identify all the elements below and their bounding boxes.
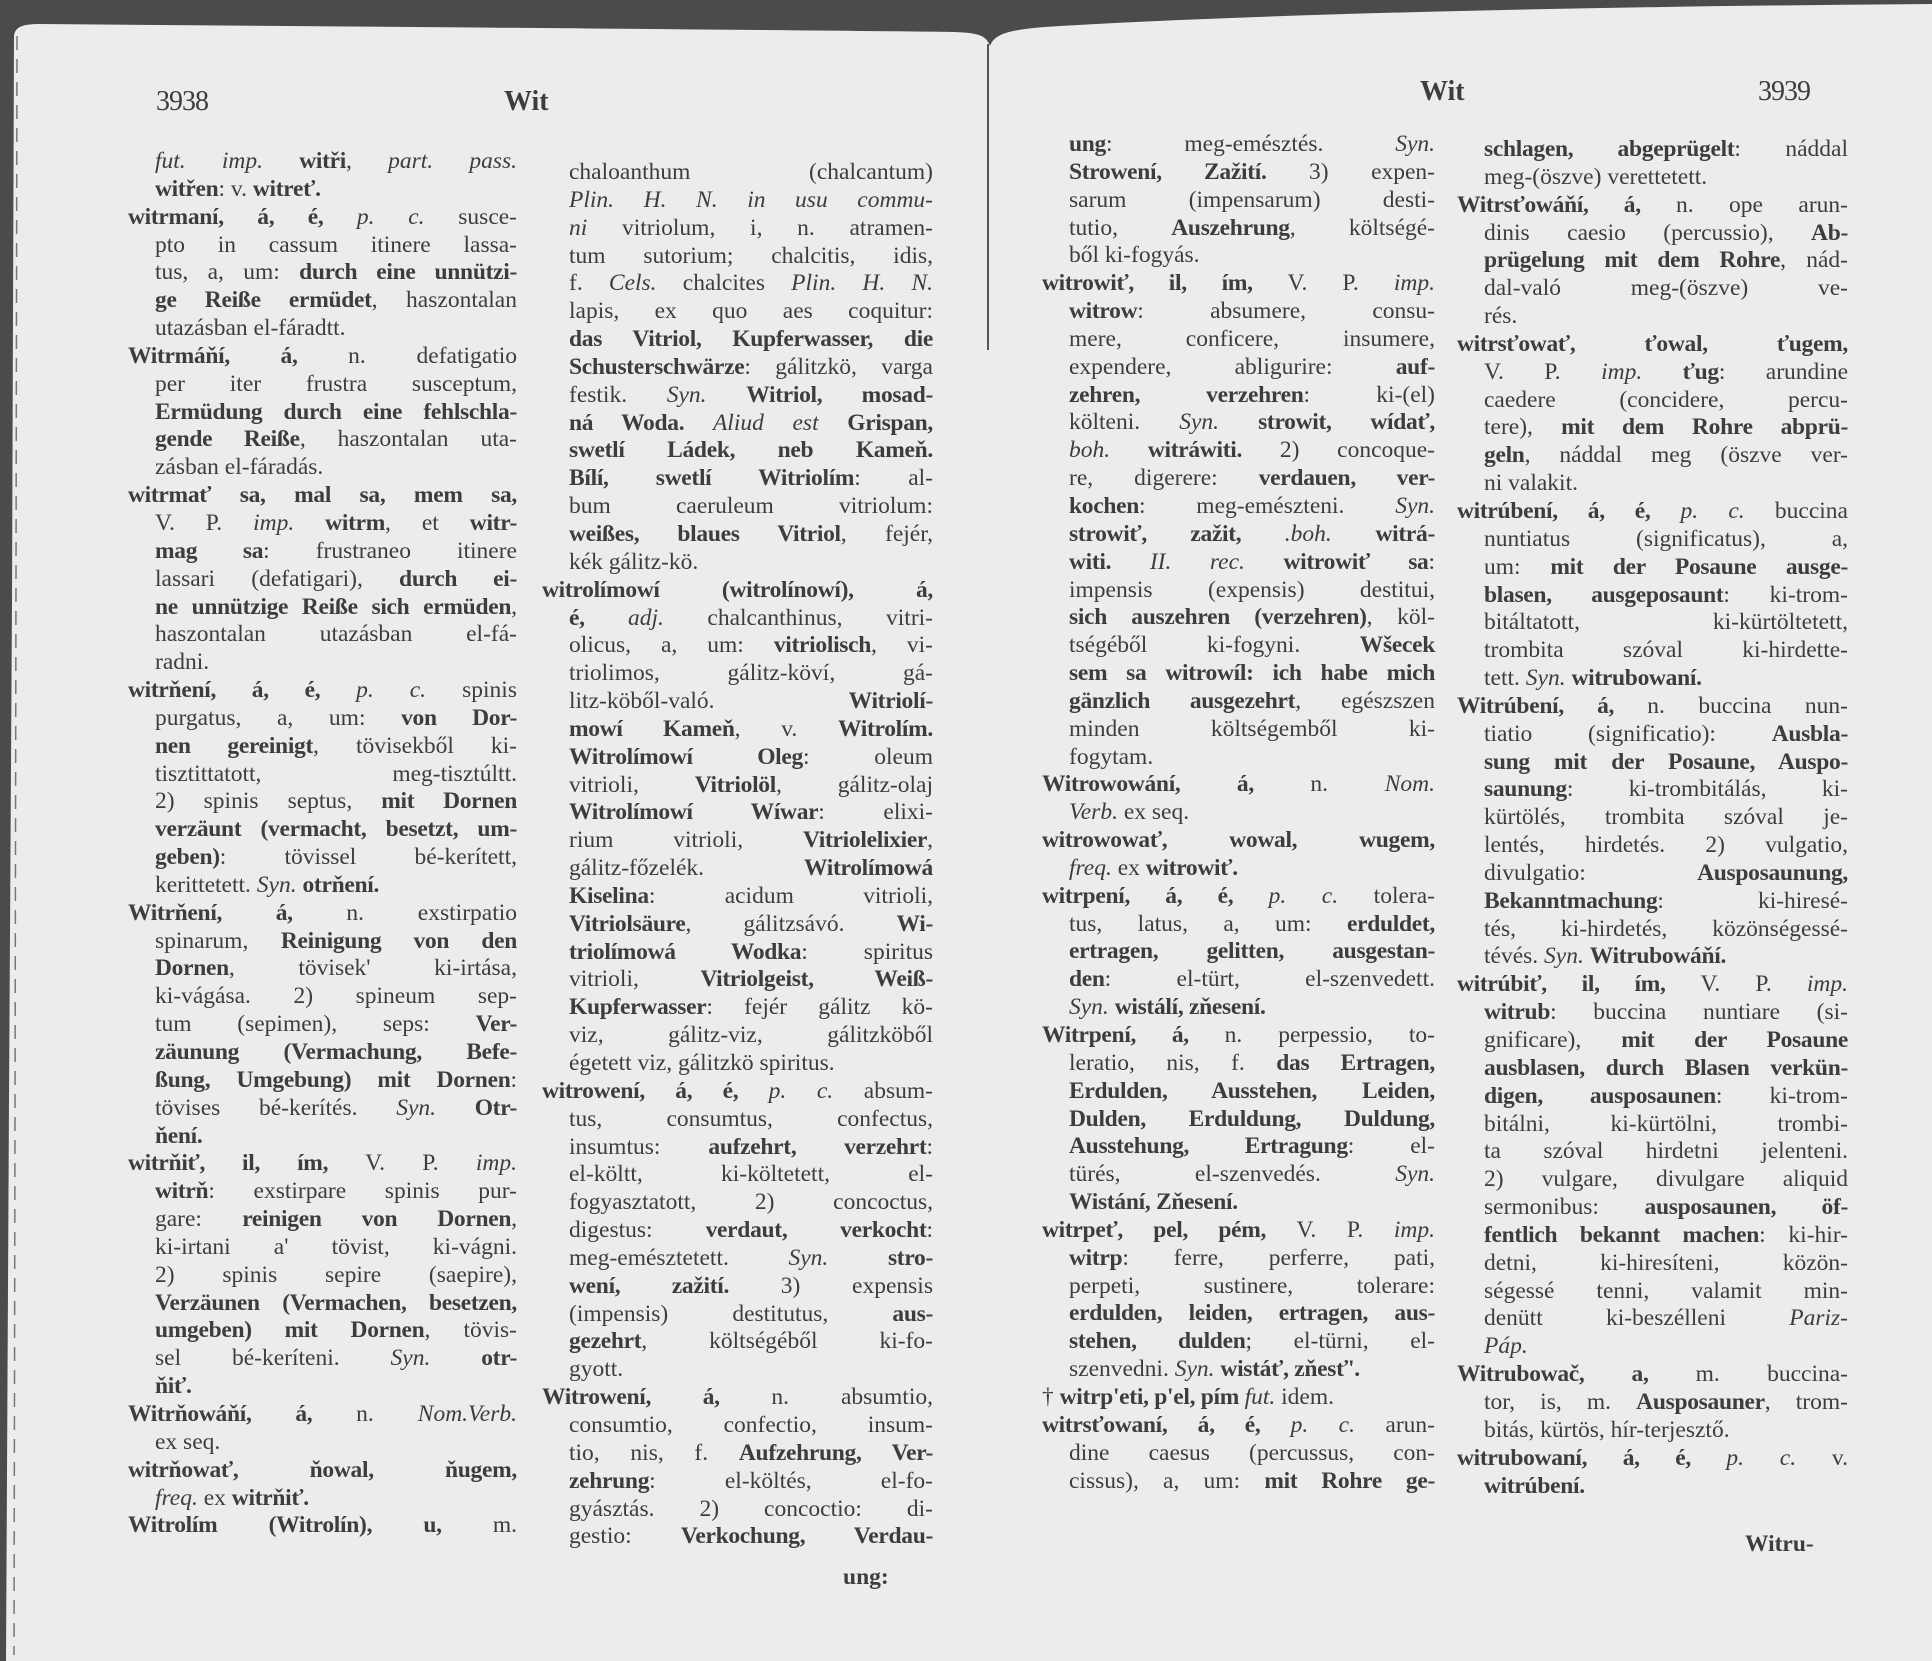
text-italic: freq. (1069, 855, 1112, 881)
text-italic: imp. (1394, 270, 1435, 296)
text-roman: sarum (impensarum) desti- (1069, 187, 1435, 213)
text-roman: n. perpessio, to- (1225, 1022, 1435, 1048)
text-roman: : absumere, consu- (1137, 298, 1435, 324)
entry-line: schlagen, abgeprügelt: náddal (1457, 136, 1848, 164)
text-italic: Syn. (1175, 1356, 1215, 1382)
entry-line: verzäunt (vermacht, besetzt, um- (128, 816, 517, 844)
dictionary-entry: witrmaní, á, é, p. c. susce-pto in cassu… (128, 204, 517, 343)
entry-line: digen, ausposaunen: ki-trom- (1457, 1083, 1848, 1111)
text-italic: Syn. (257, 872, 297, 898)
text-roman: V. P. (1700, 971, 1806, 997)
text-roman: 2) concoque- (1242, 437, 1435, 463)
text-fraktur: witrňení, á, é, (128, 677, 356, 703)
text-roman: bum caeruleum vitriolum: (569, 493, 933, 519)
text-fraktur: mag sa (155, 538, 263, 564)
text-fraktur: ťug (1683, 359, 1719, 385)
entry-line: Vitriolsäure, gálitzsávó. Wi- (542, 911, 933, 939)
entry-line: rés. (1457, 303, 1848, 331)
entry-line: bitálni, ki-kürtölni, trombi- (1457, 1111, 1848, 1139)
text-roman (430, 1345, 481, 1371)
text-italic: Syn. (396, 1095, 436, 1121)
text-fraktur: witrp'eti, p'el, pím (1060, 1384, 1245, 1410)
text-fraktur: witrsťowaní, á, é, (1042, 1412, 1291, 1438)
text-roman: consumtio, confectio, insum- (569, 1412, 933, 1438)
entry-line: tor, is, m. Ausposauner, trom- (1457, 1389, 1848, 1417)
entry-line: mowí Kameň, v. Witrolím. (542, 716, 933, 744)
headword-line: witrňowať, ňowal, ňugem, (128, 1457, 517, 1485)
text-roman (707, 382, 747, 408)
entry-line: kerittetett. Syn. otrňení. (128, 872, 517, 900)
text-fraktur: witrúbiť, il, ím, (1457, 971, 1700, 997)
text-fraktur: ausblasen, durch Blasen verkün- (1484, 1055, 1848, 1081)
entry-line: detni, ki-hiresíteni, közön- (1457, 1250, 1848, 1278)
text-fraktur: sung mit der Posaune, Auspo- (1484, 749, 1848, 775)
text-roman: : v. (218, 176, 252, 202)
entry-line: vitrioli, Vitriolgeist, Weiß- (542, 966, 933, 994)
entry-line: impensis (expensis) destitui, (1042, 577, 1435, 605)
headword-line: witrmaní, á, é, p. c. susce- (128, 204, 517, 232)
text-roman: költeni. (1069, 409, 1179, 435)
entry-line: leratio, nis, f. das Ertragen, (1042, 1050, 1435, 1078)
text-roman: , haszontalan (372, 287, 517, 313)
text-roman: : (926, 1217, 933, 1243)
text-roman: chalcites (657, 270, 792, 296)
text-roman: per iter frustra susceptum, (155, 371, 517, 397)
entry-line: geben): tövissel bé-kerített, (128, 844, 517, 872)
text-roman: : tövissel bé-kerített, (220, 844, 517, 870)
text-fraktur: witrowowať, wowal, wugem, (1042, 827, 1435, 853)
headword-line: witrsťowať, ťowal, ťugem, (1457, 331, 1848, 359)
entry-line: Verb. ex seq. (1042, 799, 1435, 827)
entry-line: fut. imp. witři, part. pass. (128, 148, 517, 176)
text-roman: dal-való meg-(öszve) ve- (1484, 275, 1848, 301)
text-roman: n. buccina nun- (1647, 693, 1848, 719)
entry-line: Kiselina: acidum vitrioli, (542, 883, 933, 911)
text-roman: V. P. (1484, 359, 1601, 385)
text-roman: , (511, 594, 517, 620)
text-roman: ex (198, 1485, 232, 1511)
entry-line: Bílí, swetlí Witriolím: al- (542, 465, 933, 493)
entry-line: ta szóval hirdetni jelenteni. (1457, 1138, 1848, 1166)
text-italic: Cels. (609, 270, 657, 296)
entry-line: spinarum, Reinigung von den (128, 928, 517, 956)
text-fraktur: witrúbení. (1484, 1473, 1585, 1499)
text-italic: Plin. H. N. in usu commu- (569, 187, 933, 213)
text-roman: caedere (concidere, percu- (1484, 387, 1848, 413)
text-italic: Nom.Verb. (418, 1401, 517, 1427)
text-roman: : acidum vitrioli, (649, 883, 933, 909)
text-roman: haszontalan utazásban el-fá- (155, 621, 517, 647)
entry-line: mag sa: frustraneo itinere (128, 538, 517, 566)
text-fraktur: witrňiť. (232, 1485, 309, 1511)
text-roman: litz-köből-való. (569, 688, 849, 714)
headword-line: Witrpení, á, n. perpessio, to- (1042, 1022, 1435, 1050)
text-italic: freq. (155, 1485, 198, 1511)
entry-line: tisztittatott, meg-tisztúltt. (128, 761, 517, 789)
headword-line: witrmať sa, mal sa, mem sa, (128, 482, 517, 510)
entry-line: lassari (defatigari), durch ei- (128, 566, 517, 594)
text-roman: lassari (defatigari), (155, 566, 399, 592)
page-number: 3938 (156, 88, 208, 116)
text-roman: ex seq. (155, 1429, 220, 1455)
entry-line: freq. ex witrňiť. (128, 1485, 517, 1513)
entry-line: chaloanthum (chalcantum) (542, 159, 933, 187)
text-roman: chalcanthinus, vitri- (664, 605, 933, 631)
text-fraktur: otr- (481, 1345, 517, 1371)
text-roman: , tövis- (424, 1317, 517, 1343)
text-roman: , vi- (871, 632, 933, 658)
entry-line: mere, conficere, insumere, (1042, 326, 1435, 354)
text-fraktur: ge Reiße ermüdet (155, 287, 372, 313)
text-italic: Syn. (1069, 994, 1109, 1020)
text-italic: part. pass. (388, 148, 517, 174)
text-roman: sermonibus: (1484, 1194, 1645, 1220)
text-italic: ni (569, 215, 587, 241)
text-roman: minden költségemből ki- (1069, 716, 1435, 742)
text-fraktur: Auszehrung (1171, 215, 1289, 241)
text-fraktur: Vitriolelixier (803, 827, 927, 853)
text-fraktur: Witrpení, á, (1042, 1022, 1225, 1048)
text-fraktur: geben) (155, 844, 220, 870)
text-roman: , nád- (1780, 247, 1848, 273)
dictionary-entry: Witrowowání, á, n. Nom.Verb. ex seq. (1042, 771, 1435, 827)
text-roman: n. absumtio, (771, 1384, 933, 1410)
entry-line: witi. II. rec. witrowiť sa: (1042, 549, 1435, 577)
text-roman: † (1042, 1384, 1060, 1410)
entry-line: tum (sepimen), seps: Ver- (128, 1011, 517, 1039)
text-roman: : el- (1348, 1133, 1435, 1159)
entry-line: weißes, blaues Vitriol, fejér, (542, 521, 933, 549)
entry-line: ex seq. (128, 1429, 517, 1457)
text-roman: bitáltatott, ki-kürtöltetett, (1484, 609, 1848, 635)
text-roman: : ki-hir- (1759, 1222, 1848, 1248)
entry-line: per iter frustra susceptum, (128, 371, 517, 399)
entry-line: ausblasen, durch Blasen verkün- (1457, 1055, 1848, 1083)
text-roman: lapis, ex quo aes coquitur: (569, 298, 933, 324)
text-roman: ből ki-fogyás. (1069, 242, 1200, 268)
text-roman: ta szóval hirdetni jelenteni. (1484, 1138, 1848, 1164)
text-roman: : meg-emészteni. (1139, 493, 1395, 519)
text-italic: Syn. (1395, 131, 1435, 157)
text-roman: , (346, 148, 388, 174)
text-italic: p. c. (1726, 1445, 1796, 1471)
dictionary-entry: witrúbení, á, é, p. c. buccinanuntiatus … (1457, 498, 1848, 693)
entry-line: meg-(öszve) verettetett. (1457, 164, 1848, 192)
entry-line: bitás, kürtös, hír-terjesztő. (1457, 1417, 1848, 1445)
headword-line: witrňení, á, é, p. c. spinis (128, 677, 517, 705)
entry-line: trombita szóval ki-hirdette- (1457, 637, 1848, 665)
text-roman: kürtölés, trombita szóval je- (1484, 804, 1848, 830)
text-roman: , et (385, 510, 470, 536)
text-fraktur: witrp (1069, 1245, 1122, 1271)
entry-line: zásban el-fáradás. (128, 454, 517, 482)
text-fraktur: Ermüdung durch eine fehlschla- (155, 399, 517, 425)
text-fraktur: witrolímowí (witrolínowí), á, (542, 577, 933, 603)
entry-line: witrň: exstirpare spinis pur- (128, 1178, 517, 1206)
entry-line: minden költségemből ki- (1042, 716, 1435, 744)
entry-line: Witrolímowí Oleg: oleum (542, 744, 933, 772)
entry-line: Strowení, Zažití. 3) expen- (1042, 159, 1435, 187)
text-fraktur: digen, ausposaunen (1484, 1083, 1716, 1109)
entry-line: vitrioli, Vitriolöl, gálitz-olaj (542, 772, 933, 800)
text-fraktur: Strowení, Zažití. (1069, 159, 1267, 185)
text-roman: : ki-(el) (1304, 382, 1436, 408)
entry-line: saunung: ki-trombitálás, ki- (1457, 776, 1848, 804)
entry-line: triolimos, gálitz-köví, gá- (542, 660, 933, 688)
text-fraktur: witrúbení, á, é, (1457, 498, 1680, 524)
text-fraktur: Vitriolsäure (569, 911, 686, 937)
entry-line: kék gálitz-kö. (542, 549, 933, 577)
entry-line: olicus, a, um: vitriolisch, vi- (542, 632, 933, 660)
text-fraktur: Dornen (155, 955, 229, 981)
text-roman: , köl- (1367, 604, 1435, 630)
text-fraktur: Ausposaunung, (1697, 860, 1848, 886)
text-roman: n. (1310, 771, 1384, 797)
text-fraktur: witr- (470, 510, 517, 536)
dictionary-entry: witrubowaní, á, é, p. c. v.witrúbení. (1457, 1445, 1848, 1501)
text-fraktur: Witrubowač, a, (1457, 1361, 1696, 1387)
text-roman: sel bé-keríteni. (155, 1345, 391, 1371)
dictionary-entry: Witrowení, á, n. absumtio,consumtio, con… (542, 1384, 933, 1551)
entry-continuation: fut. imp. witři, part. pass.witřen: v. w… (128, 148, 517, 204)
entry-line: tévés. Syn. Witrubowáňí. (1457, 943, 1848, 971)
text-roman: n. defatigatio (348, 343, 517, 369)
entry-line: ségessé tenni, valamit min- (1457, 1278, 1848, 1306)
text-italic: boh. (1069, 437, 1110, 463)
headword-line: † witrp'eti, p'el, pím fut. idem. (1042, 1384, 1435, 1412)
text-roman: , v. (735, 716, 838, 742)
page-edge-artifact (14, 36, 17, 1655)
entry-line: 2) vulgare, divulgare aliquid (1457, 1166, 1848, 1194)
entry-line: strowiť, zažit, .boh. witrá- (1042, 521, 1435, 549)
text-roman (294, 510, 325, 536)
entry-line: um: mit der Posaune ausge- (1457, 554, 1848, 582)
entry-line: ki-vágása. 2) spineum sep- (128, 983, 517, 1011)
entry-line: bitáltatott, ki-kürtöltetett, (1457, 609, 1848, 637)
text-fraktur: Otr- (475, 1095, 517, 1121)
entry-line: fentlich bekannt machen: ki-hir- (1457, 1222, 1848, 1250)
entry-line: ná Woda. Aliud est Grispan, (542, 410, 933, 438)
entry-line: é, adj. chalcanthinus, vitri- (542, 605, 933, 633)
text-fraktur: Dulden, Erduldung, Duldung, (1069, 1106, 1435, 1132)
text-fraktur: Aufzehrung, Ver- (739, 1440, 933, 1466)
text-italic: Pariz- (1789, 1305, 1848, 1331)
text-fraktur: Witrolímowá (804, 855, 933, 881)
text-roman (1642, 359, 1682, 385)
entry-line: sermonibus: ausposaunen, öf- (1457, 1194, 1848, 1222)
text-roman: V. P. (1296, 1217, 1393, 1243)
text-italic: p. c. (1269, 883, 1339, 909)
text-roman: purgatus, a, um: (155, 705, 401, 731)
dictionary-entry: witrpení, á, é, p. c. tolera-tus, latus,… (1042, 883, 1435, 1022)
text-fraktur: kochen (1069, 493, 1139, 519)
text-fraktur: das Ertragen, (1276, 1050, 1435, 1076)
text-fraktur: gänzlich ausgezehrt (1069, 688, 1295, 714)
text-fraktur: von Dor- (401, 705, 517, 731)
text-fraktur: witrsťowať, ťowal, ťugem, (1457, 331, 1848, 357)
entry-line: witrub: buccina nuntiare (si- (1457, 999, 1848, 1027)
text-roman: kerittetett. (155, 872, 257, 898)
text-roman: ; el-türni, el- (1245, 1328, 1435, 1354)
text-italic: Nom. (1385, 771, 1435, 797)
entry-continuation: chaloanthum (chalcantum)Plin. H. N. in u… (542, 159, 933, 577)
text-fraktur: prügelung mit dem Rohre (1484, 247, 1780, 273)
text-roman: tio, nis, f. (569, 1440, 739, 1466)
text-fraktur: witrubowaní. (1571, 665, 1701, 691)
entry-line: witrow: absumere, consu- (1042, 298, 1435, 326)
headword-line: witrúbení, á, é, p. c. buccina (1457, 498, 1848, 526)
text-fraktur: Kupferwasser (569, 994, 706, 1020)
text-roman: gyott. (569, 1356, 623, 1382)
entry-line: dine caesus (percussus, con- (1042, 1440, 1435, 1468)
text-fraktur: ňiť. (155, 1373, 192, 1399)
text-roman: V. P. (155, 510, 253, 536)
headword-line: Witrowení, á, n. absumtio, (542, 1384, 933, 1412)
text-roman: : (510, 1067, 517, 1093)
text-fraktur: witrpení, á, é, (1042, 883, 1269, 909)
text-roman (1245, 549, 1284, 575)
entry-line: rium vitrioli, Vitriolelixier, (542, 827, 933, 855)
text-roman: lentés, hirdetés. 2) vulgatio, (1484, 832, 1848, 858)
text-roman: : spiritus (801, 939, 933, 965)
text-roman: triolimos, gálitz-köví, gá- (569, 660, 933, 686)
entry-line: Plin. H. N. in usu commu- (542, 187, 933, 215)
entry-line: tés, ki-hirdetés, közönségessé- (1457, 916, 1848, 944)
text-fraktur: wení, zažití. (569, 1273, 729, 1299)
entry-line: szenvedni. Syn. wistáť, zňesť'. (1042, 1356, 1435, 1384)
entry-line: tus, latus, a, um: erduldet, (1042, 911, 1435, 939)
right-page-column-2: schlagen, abgeprügelt: náddalmeg-(öszve)… (1457, 136, 1848, 1500)
headword-line: Witrmáňí, á, n. defatigatio (128, 343, 517, 371)
text-fraktur: gezehrt (569, 1328, 641, 1354)
text-fraktur: ßung, Umgebung) mit Dornen (155, 1067, 510, 1093)
text-roman: idem. (1275, 1384, 1334, 1410)
page-number: 3939 (1758, 78, 1810, 106)
entry-line: ből ki-fogyás. (1042, 242, 1435, 270)
text-roman: 3) expensis (729, 1273, 933, 1299)
entry-line: fogyasztatott, 2) concoctus, (542, 1189, 933, 1217)
entry-line: Bekanntmachung: ki-hiresé- (1457, 888, 1848, 916)
text-fraktur: witráwiti. (1148, 437, 1242, 463)
headword-line: witrowení, á, é, p. c. absum- (542, 1078, 933, 1106)
text-roman: , gálitzsávó. (686, 911, 897, 937)
entry-line: el-költt, ki-költetett, el- (542, 1161, 933, 1189)
text-roman: , költségé- (1290, 215, 1435, 241)
text-roman: türés, el-szenvedés. (1069, 1161, 1395, 1187)
entry-line: f. Cels. chalcites Plin. H. N. (542, 270, 933, 298)
dictionary-entry: Witrpení, á, n. perpessio, to-leratio, n… (1042, 1022, 1435, 1217)
text-fraktur: umgeben) mit Dornen (155, 1317, 424, 1343)
text-roman: dinis caesio (percussio), (1484, 220, 1811, 246)
entry-line: Schusterschwärze: gálitzkö, varga (542, 354, 933, 382)
text-italic: Syn. (1395, 1161, 1435, 1187)
headword-line: Witrsťowáňí, á, n. ope arun- (1457, 192, 1848, 220)
text-fraktur: Erdulden, Ausstehen, Leiden, (1069, 1078, 1435, 1104)
text-italic: fut. imp. (155, 148, 299, 174)
text-roman: rés. (1484, 303, 1517, 329)
entry-line: ni vitriolum, i, n. atramen- (542, 215, 933, 243)
text-roman (1219, 409, 1258, 435)
text-roman: fogyasztatott, 2) concoctus, (569, 1189, 933, 1215)
text-italic: imp. (253, 510, 294, 536)
text-fraktur: stro- (888, 1245, 933, 1271)
entry-line: erdulden, leiden, ertragen, aus- (1042, 1300, 1435, 1328)
text-italic: Syn. (1544, 943, 1584, 969)
entry-line: fogytam. (1042, 744, 1435, 772)
text-fraktur: mit Rohre ge- (1264, 1468, 1435, 1494)
text-roman: mere, conficere, insumere, (1069, 326, 1435, 352)
left-page-column-2: chaloanthum (chalcantum)Plin. H. N. in u… (542, 159, 933, 1551)
text-fraktur: ertragen, gelitten, ausgestan- (1069, 938, 1435, 964)
text-italic: Syn. (667, 382, 707, 408)
text-roman: zásban el-fáradás. (155, 454, 323, 480)
entry-line: den: el-türt, el-szenvedett. (1042, 966, 1435, 994)
text-roman: bitálni, ki-kürtölni, trombi- (1484, 1111, 1848, 1137)
text-roman: tus, consumtus, confectus, (569, 1106, 933, 1132)
text-roman: meg-(öszve) verettetett. (1484, 164, 1707, 190)
entry-line: gyásztás. 2) concoctio: di- (542, 1496, 933, 1524)
entry-line: ki-irtani a' tövist, ki-vágni. (128, 1234, 517, 1262)
text-fraktur: Witrňení, á, (128, 900, 346, 926)
running-head: Wit (1420, 78, 1465, 106)
text-roman: n. (356, 1401, 418, 1427)
text-roman: tisztittatott, meg-tisztúltt. (155, 761, 517, 787)
text-fraktur: witrubowaní, á, é, (1457, 1445, 1726, 1471)
text-fraktur: strowiť, zažit, (1069, 521, 1285, 547)
text-fraktur: witrub (1484, 999, 1550, 1025)
text-italic: p. c. (1680, 498, 1744, 524)
dictionary-entry: witrmať sa, mal sa, mem sa,V. P. imp. wi… (128, 482, 517, 677)
text-roman: cissus), a, um: (1069, 1468, 1264, 1494)
text-fraktur: Reinigung von den (281, 928, 517, 954)
text-roman: : arundine (1719, 359, 1848, 385)
text-roman: , egészszen (1295, 688, 1435, 714)
text-fraktur: mit der Posaune (1621, 1027, 1848, 1053)
entry-line: tségéből ki-fogyni. Wšecek (1042, 632, 1435, 660)
text-roman: : oleum (803, 744, 933, 770)
dictionary-entry: witrňowať, ňowal, ňugem,freq. ex witrňiť… (128, 1457, 517, 1513)
text-fraktur: durch ei- (399, 566, 517, 592)
headword-line: witrpeť, pel, pém, V. P. imp. (1042, 1217, 1435, 1245)
text-fraktur: Wšecek (1360, 632, 1435, 658)
text-roman: , tövisek' ki-irtása, (229, 955, 517, 981)
entry-line: ertragen, gelitten, ausgestan- (1042, 938, 1435, 966)
entry-line: Witrolímowí Wíwar: elixi- (542, 799, 933, 827)
text-roman: tus, a, um: (155, 259, 299, 285)
entry-line: sel bé-keríteni. Syn. otr- (128, 1345, 517, 1373)
text-fraktur: Witriol, mosad- (746, 382, 933, 408)
left-page-column-1: fut. imp. witři, part. pass.witřen: v. w… (128, 148, 517, 1540)
entry-line: gezehrt, költségéből ki-fo- (542, 1328, 933, 1356)
text-roman: tum sutorium; chalcitis, idis, (569, 243, 933, 269)
text-roman: gyásztás. 2) concoctio: di- (569, 1496, 933, 1522)
entry-line: tus, consumtus, confectus, (542, 1106, 933, 1134)
text-roman: 3) expen- (1267, 159, 1435, 185)
text-fraktur: Wi- (896, 911, 933, 937)
text-italic: Syn. (1395, 493, 1435, 519)
text-roman: ki-irtani a' tövist, ki-vágni. (155, 1234, 517, 1260)
entry-line: gnificare), mit der Posaune (1457, 1027, 1848, 1055)
text-roman (1111, 549, 1150, 575)
text-fraktur: Bílí, swetlí Witriolím (569, 465, 854, 491)
text-roman: : al- (854, 465, 933, 491)
text-fraktur: blasen, ausgeposaunt (1484, 582, 1723, 608)
text-fraktur: Vitriolöl (695, 772, 776, 798)
text-fraktur: ne unnützige Reiße sich ermüden (155, 594, 511, 620)
entry-line: sarum (impensarum) desti- (1042, 187, 1435, 215)
entry-line: gende Reiße, haszontalan uta- (128, 426, 517, 454)
text-roman: tés, ki-hirdetés, közönségessé- (1484, 916, 1848, 942)
